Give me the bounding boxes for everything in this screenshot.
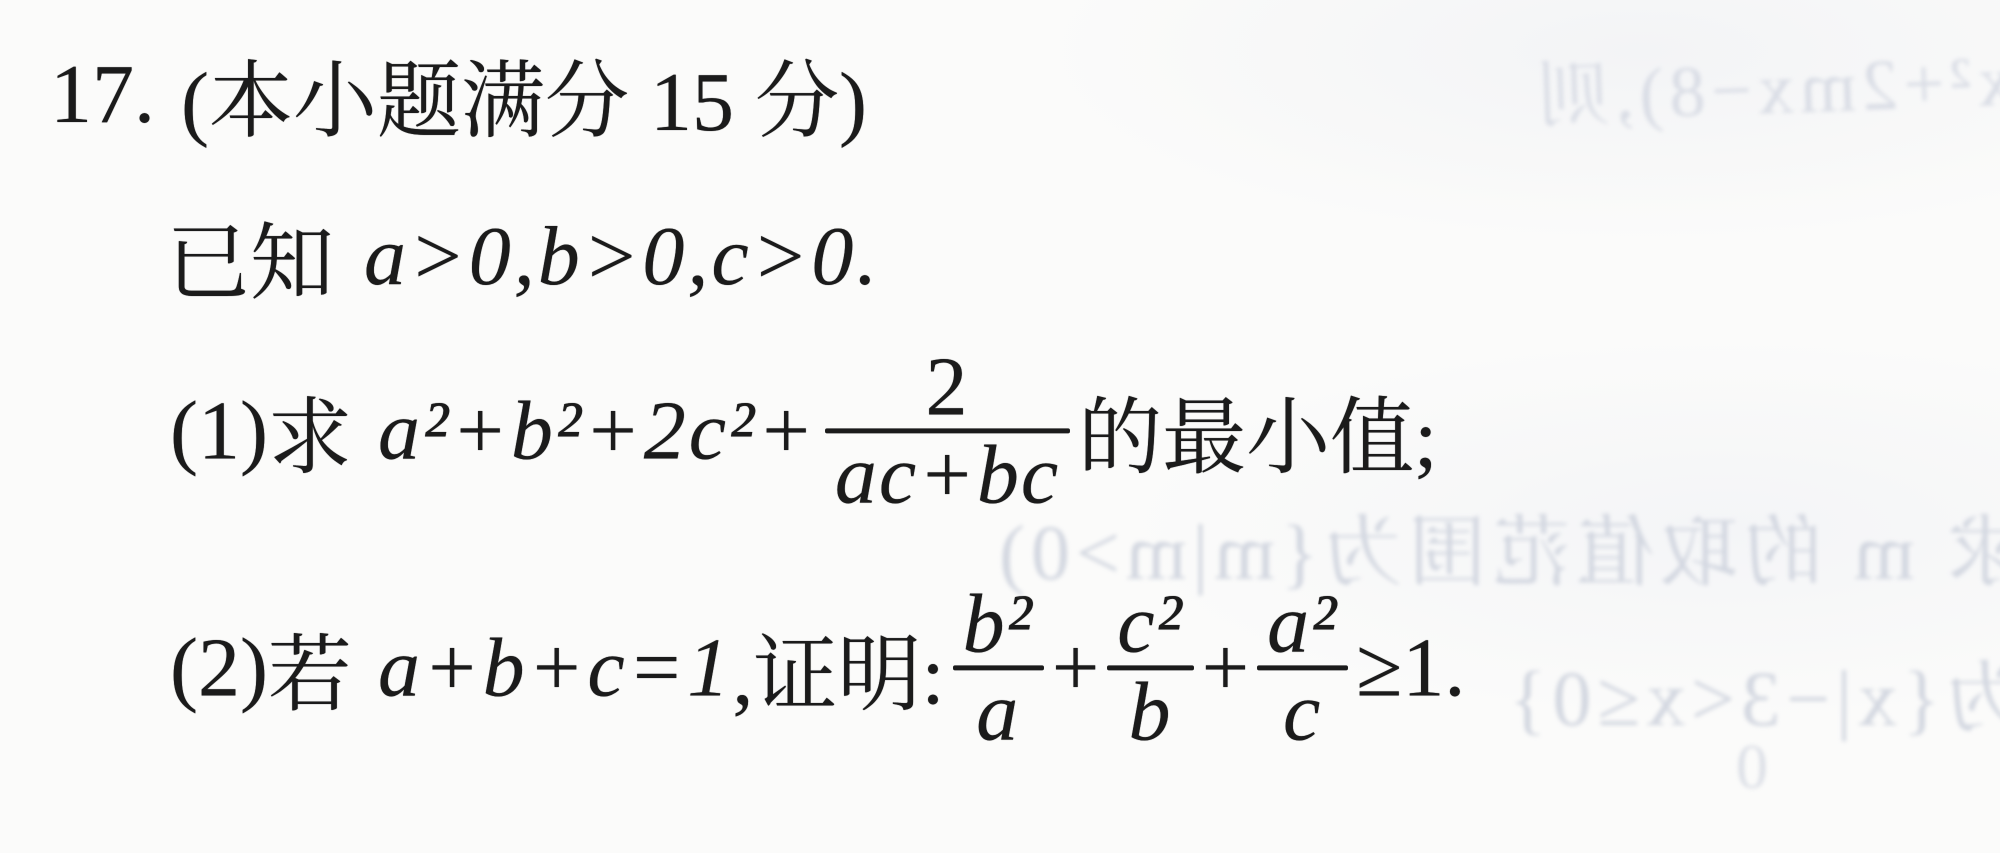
- problem-score-header: (本小题满分 15 分): [181, 34, 867, 155]
- fraction-denominator: a: [966, 671, 1030, 754]
- plus-operator: +: [1052, 620, 1099, 717]
- fraction-denominator: c: [1273, 671, 1332, 754]
- problem-title-line: 17.(本小题满分 15 分): [50, 34, 867, 155]
- part1-fraction: 2 ac+bc: [825, 345, 1070, 516]
- part1-verb: 求: [268, 371, 352, 492]
- scanned-exam-page: { "page": { "background": "#fbfbfa", "in…: [0, 0, 2000, 853]
- fraction-denominator: b: [1118, 671, 1182, 754]
- given-label: 已知: [166, 196, 334, 317]
- part1-expression: a²+b²+2c²+: [378, 383, 817, 480]
- part2-prove-label: ,证明:: [732, 608, 944, 729]
- part2-condition-label: 若: [268, 608, 352, 729]
- part1-line: (1)求a²+b²+2c²+ 2 ac+bc 的最小值;: [170, 345, 1437, 516]
- plus-operator: +: [1202, 620, 1249, 717]
- bleedthrough-text-bottom: 为{x|−3<x≤0}: [1503, 636, 2000, 748]
- fraction-numerator: b²: [953, 582, 1044, 665]
- given-statement: a>0,b>0,c>0.: [364, 208, 880, 305]
- part2-conclusion: ≥1.: [1356, 620, 1465, 717]
- bleedthrough-text-top: x²+2mx−8),则: [1530, 22, 2000, 143]
- bleedthrough-corner-mark: 0: [1730, 730, 1768, 804]
- fraction-numerator: c²: [1107, 582, 1193, 665]
- part2-label: (2): [170, 620, 268, 717]
- fraction-numerator: 2: [915, 345, 979, 428]
- fraction-numerator: a²: [1257, 582, 1348, 665]
- part2-condition: a+b+c=1: [378, 620, 732, 717]
- part2-line: (2)若a+b+c=1,证明: b² a + c² b + a² c ≥1.: [170, 582, 1465, 753]
- part2-fraction-3: a² c: [1257, 582, 1348, 753]
- problem-number: 17.: [50, 46, 155, 143]
- part1-label: (1): [170, 383, 268, 480]
- part1-suffix: 的最小值;: [1078, 371, 1437, 492]
- given-line: 已知a>0,b>0,c>0.: [166, 196, 880, 317]
- fraction-denominator: ac+bc: [825, 434, 1070, 517]
- part2-fraction-2: c² b: [1107, 582, 1193, 753]
- part2-fraction-1: b² a: [953, 582, 1044, 753]
